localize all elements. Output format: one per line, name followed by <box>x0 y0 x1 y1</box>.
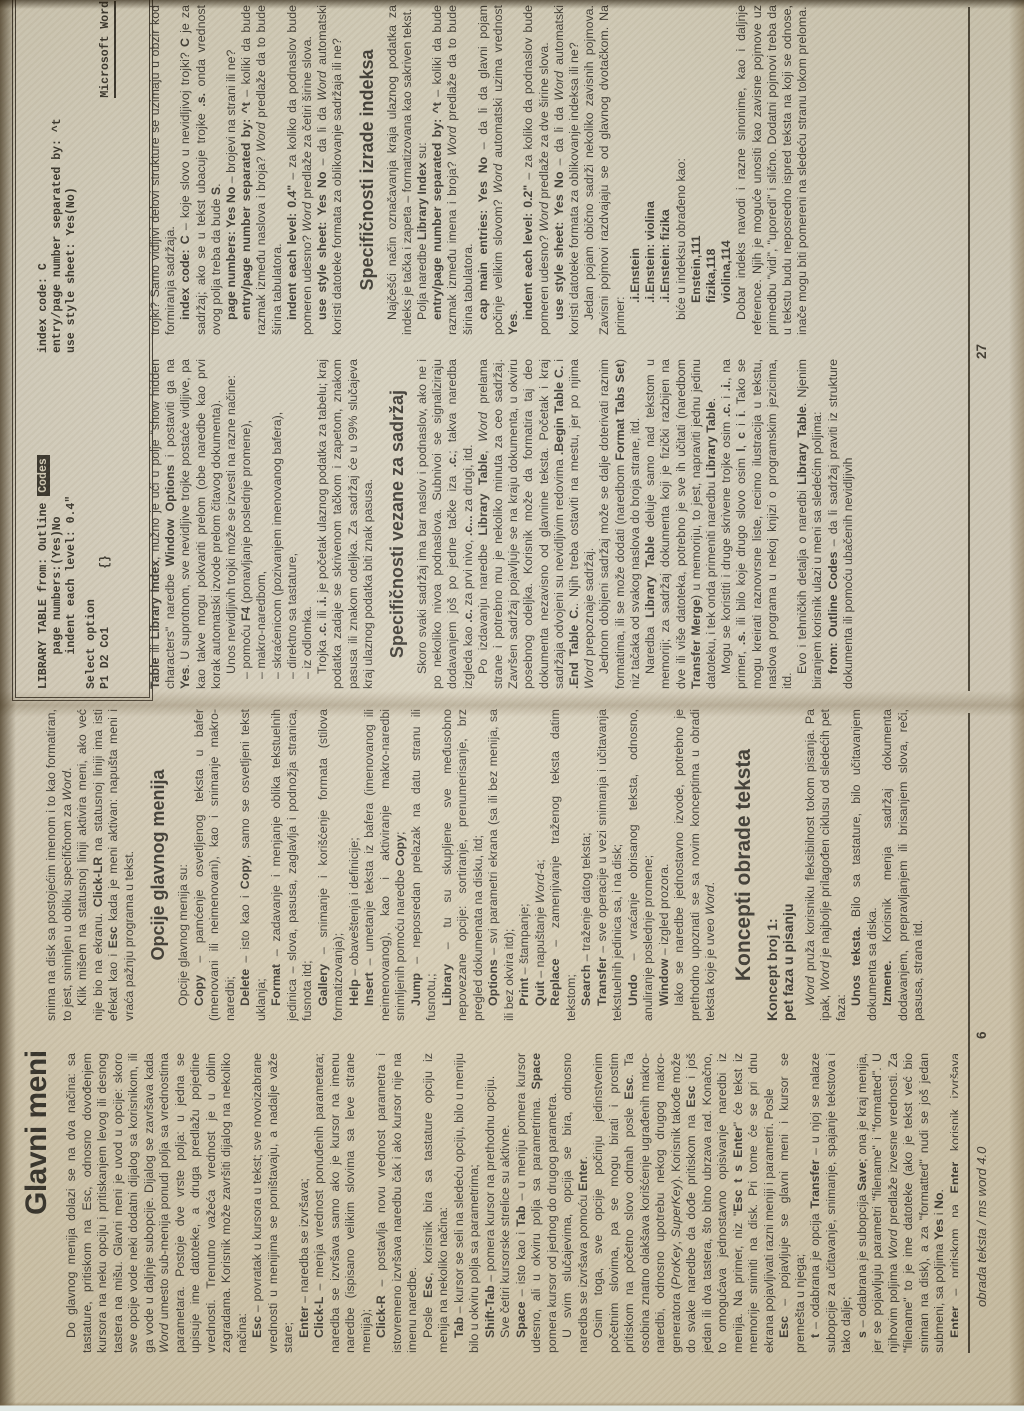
paragraph: Print – štampanje; <box>517 709 533 1021</box>
paragraph: from: Outline Codes – da li sadržaj prav… <box>826 359 856 689</box>
running-footer: obrada teksta / ms word 4.0 <box>974 1147 989 1307</box>
dump-fields-row: indent each level: 0.4"use style sheet: … <box>65 0 79 689</box>
paragraph: .i.Enstein: fizika <box>658 5 673 335</box>
paragraph: Unos teksta. Bilo sa tastature, bilo uči… <box>849 709 880 1021</box>
dump-field: page numbers:(Yes)No <box>51 516 64 689</box>
paragraph: Do glavnog menija dolazi se na dva način… <box>64 1053 250 1353</box>
paragraph: Search – traženje datog teksta; <box>579 709 595 1021</box>
page-number: 6 <box>974 1031 989 1039</box>
paragraph: Dobar indeks navodi i razne sinonime, ka… <box>734 5 810 335</box>
section-heading: Specifičnosti izrade indeksa <box>357 5 377 335</box>
paragraph: Gallery – snimanje i korišćenje formata … <box>316 709 347 1021</box>
paragraph: Insert – umetanje teksta iz bafera (imen… <box>362 709 409 1021</box>
dump-field: indent each level: 0.4" <box>65 496 78 689</box>
paragraph: t – odabrana je opcija Transfer – u njoj… <box>808 1053 855 1353</box>
dump-scrap-indicator: {} <box>99 555 112 569</box>
paragraph: Enter – naredba se izvršava; <box>297 1053 313 1353</box>
paragraph: snima na disk sa postojećim imenom i to … <box>44 709 75 1021</box>
paragraph: Library – tu su skupljene sve međusobno … <box>440 709 487 1021</box>
dump-brand: Microsoft Word <box>99 1 116 98</box>
paragraph: Quit – napuštanje Word-a; <box>533 709 549 1021</box>
section-heading: pet faza u pisanju <box>780 709 796 1021</box>
paragraph: entry/page number separated by: ^t – kol… <box>239 5 285 335</box>
paragraph: Esc – povratak u kursora u tekst; sve no… <box>250 1053 297 1353</box>
section-heading: Koncepti obrade teksta <box>732 709 755 1021</box>
paragraph: Undo – vraćanje obrisanog teksta, odnosn… <box>626 709 657 1021</box>
paragraph: Unos nevidljivih trojki može se izvesti … <box>224 359 239 689</box>
paragraph: Skoro svaki sadržaj ima bar naslov i pod… <box>415 359 476 689</box>
dump-status: P1 D2 Co1 <box>99 627 112 689</box>
page-number: 27 <box>974 344 989 359</box>
paragraph: Klik mišem na statusnoj liniji aktivira … <box>75 709 137 1021</box>
paragraph: Word pruža korisniku fleksibilnost tokom… <box>803 709 850 1021</box>
paragraph: index code: C – koje slovo u nevidljivoj… <box>178 5 224 335</box>
dump-prompt: Select option <box>85 0 99 689</box>
paragraph: Esc – pojavljuje se glavni meni i kursor… <box>777 1053 808 1353</box>
paragraph: – direktno sa tastature, <box>285 359 300 689</box>
paragraph: Najčešći način označavanja kraja ulaznog… <box>385 5 415 335</box>
paragraph: cap main entries: Yes No – da li da glav… <box>476 5 522 335</box>
paragraph: Posle Esc, korisnik bira sa tastature op… <box>421 1053 452 1353</box>
paragraph: indent each level: 0.4" – za koliko da p… <box>285 5 315 335</box>
section-heading: Specifičnosti vezane za sadržaj <box>387 359 407 689</box>
paragraph: use style sheet: Yes No – da li da Word … <box>552 5 582 335</box>
section-heading: Koncept broj 1: <box>764 709 780 1021</box>
paragraph: – pomoću F4 (ponavljanje poslednje prome… <box>239 359 254 689</box>
paragraph: Help – obaveštenja i definicije; <box>347 709 363 1021</box>
text-column: Table ili Library Index, nužno je ući u … <box>148 359 960 689</box>
paragraph: violina,114 <box>719 5 734 335</box>
paragraph: – makro-naredbom, <box>254 359 269 689</box>
paragraph: Polja naredbe Library Index su: <box>415 5 430 335</box>
scanner-edge-strip <box>0 1402 1024 1411</box>
paragraph: Osim toga, sve opcije počinju jedinstven… <box>591 1053 777 1353</box>
dump-status-line: P1 D2 Co1{}Microsoft Word <box>99 0 113 689</box>
paragraph: trojki? Samo vidljivi delovi strukture s… <box>148 5 178 335</box>
paragraph: – iz odlomka. <box>300 359 315 689</box>
page-title: Glavni meni <box>20 1015 54 1215</box>
paragraph: s – odabrana je subopcija Save; ona je k… <box>855 1053 948 1353</box>
paragraph: Format – zadavanje i menjanje oblika tek… <box>269 709 316 1021</box>
paragraph: indent each level: 0.2" – za koliko da p… <box>521 5 551 335</box>
paragraph: – skraćenicom (pozivanjem imenovanog baf… <box>270 359 285 689</box>
paragraph: Replace – zamenjivanje traženog teksta d… <box>548 709 579 1021</box>
dump-command-line: LIBRARY TABLE from: Outline Codesindex c… <box>37 0 51 689</box>
paragraph: biće u indeksu obrađeno kao: <box>674 5 689 335</box>
paragraph: Po izdavanju naredbe Library Table, Word… <box>476 359 598 689</box>
word-screen-dump: LIBRARY TABLE from: Outline Codesindex c… <box>12 0 153 701</box>
paragraph: use style sheet: Yes No – da li da Word … <box>315 5 345 335</box>
paragraph: Delete – isto kao i Copy, samo se osvetl… <box>238 709 269 1021</box>
paragraph: Jedan pojam obično sadrži nekoliko zavis… <box>582 5 628 335</box>
dump-field: entry/page number separated by: ^t <box>51 118 65 353</box>
paragraph: Enter – pritiskom na Enter korisnik izvr… <box>948 1053 959 1353</box>
paragraph: Transfer – sve operacije u vezi snimanja… <box>595 709 626 1021</box>
paragraph: Opcije glavnog menija su: <box>176 709 192 1021</box>
text-column: Do glavnog menija dolazi se na dva način… <box>64 1053 958 1353</box>
paragraph: page numbers: Yes No – brojevi na strani… <box>224 5 239 335</box>
paragraph: Click-R – postavlja novu vrednost parame… <box>374 1053 421 1353</box>
paragraph: Trojka .c. ili .i. je početak ulaznog po… <box>315 359 376 689</box>
paragraph: Window – izgled prozora. <box>657 709 673 1021</box>
text-column: snima na disk sa postojećim imenom i to … <box>44 709 960 1021</box>
dump-highlighted-field: Codes <box>37 455 50 496</box>
paragraph: .i.Enstein: violina <box>643 5 658 335</box>
paragraph: Enstein,111 <box>689 5 704 335</box>
paragraph: entry/page number separated by: ^t – kol… <box>430 5 476 335</box>
paragraph: Jump – neposredan prelazak na datu stran… <box>409 709 440 1021</box>
paragraph: Evo i tehničkih detalja o naredbi Librar… <box>795 359 825 689</box>
text-column: trojki? Samo vidljivi delovi strukture s… <box>148 5 960 335</box>
paragraph: fizika,118 <box>704 5 719 335</box>
dump-field: use style sheet: Yes(No) <box>65 187 79 353</box>
paragraph: Izmene. Korisnik menja sadržaj dokumenta… <box>880 709 927 1021</box>
paragraph: U svim slučajevima, opcija se bira, odno… <box>560 1053 591 1353</box>
dump-fields-row: page numbers:(Yes)Noentry/page number se… <box>51 0 65 689</box>
footer-rule <box>968 7 970 691</box>
paragraph: Iako se naredbe jednostavno izvode, potr… <box>672 709 719 1021</box>
paragraph: Shift-Tab – pomera kursor na prethodnu o… <box>483 1053 499 1353</box>
section-heading: Opcije glavnog menija <box>148 709 168 1021</box>
dump-command-text: LIBRARY TABLE from: Outline <box>37 496 50 689</box>
paragraph: Sve četiri kursorske strelice su aktivne… <box>498 1053 514 1353</box>
paragraph: Jednom dobijeni sadržaj može se dalje do… <box>597 359 643 689</box>
paragraph: Naredba Library Table deluje samo nad te… <box>643 359 719 689</box>
paragraph: Copy – pamćenje osvetljenog teksta u baf… <box>192 709 239 1021</box>
paragraph: Space – isto kao i Tab – u meniju pomera… <box>514 1053 561 1353</box>
paragraph: Tab – kursor se seli na sledeću opciju, … <box>452 1053 483 1353</box>
scanned-book-spread: Glavni meni Do glavnog menija dolazi se … <box>0 0 1024 1411</box>
paper-edge-shadow <box>1009 0 1024 1411</box>
paragraph: Click-L – menja vrednost ponuđenih param… <box>312 1053 374 1353</box>
paragraph: .i.Enstein <box>628 5 643 335</box>
dump-field: index code: C <box>37 263 51 353</box>
paragraph: Table ili Library Index, nužno je ući u … <box>148 359 224 689</box>
paragraph: Options – svi parametri ekrana (sa ili b… <box>486 709 517 1021</box>
footer-rule <box>968 713 970 1353</box>
paper-surface: Glavni meni Do glavnog menija dolazi se … <box>0 0 1024 1411</box>
paragraph: Mogu se koristiti i druge skrivene trojk… <box>719 359 795 689</box>
